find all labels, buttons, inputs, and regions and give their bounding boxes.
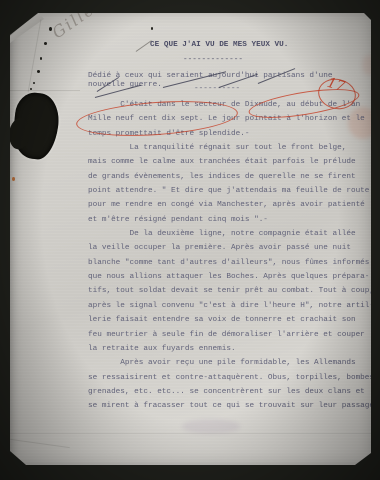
corner-fold-crease — [8, 11, 39, 36]
ink-speck — [151, 27, 153, 30]
corner-fold — [10, 13, 44, 43]
dedication-line-1: Dédié à ceux qui seraient aujourd'hui pa… — [88, 72, 333, 80]
typed-line: et m'être résigné pendant cinq mois ".- — [88, 216, 380, 230]
scan-background: { "document": { "title": "CE QUE J'AI VU… — [0, 0, 380, 480]
typed-line: C'était dans le secteur de Dixmude, au d… — [88, 101, 380, 115]
typed-line: après le signal convenu "c'est à dire l'… — [88, 302, 380, 316]
typed-line: La tranquilité régnait sur tout le front… — [88, 144, 380, 158]
typed-line: feu meurtrier à seule fin de démoraliser… — [88, 331, 380, 345]
paper-hole-tear — [11, 91, 62, 161]
typed-line: pour me rendre en congé via Manchester, … — [88, 201, 380, 215]
title-underline: ------------- — [183, 56, 243, 64]
ink-speck — [40, 57, 42, 60]
faint-smudge — [182, 419, 240, 434]
typed-line: blanche "comme tant d'autres d'ailleurs"… — [88, 259, 380, 273]
typed-line: la veille occuper la première. Après avo… — [88, 244, 380, 258]
typed-line: de grands évènements, les indices de que… — [88, 173, 380, 187]
dedication-underline: ---------- — [194, 85, 240, 93]
red-number-annotation: 17 — [325, 75, 347, 95]
handwritten-name-annotation: Gillet — [49, 0, 106, 42]
typed-line: grenades, etc. etc... se concentrèrent s… — [88, 388, 380, 402]
ink-speck — [44, 42, 47, 45]
typed-line: De la deuxième ligne, notre compagnie ét… — [88, 230, 380, 244]
typed-line: Après avoir reçu une pile formidable, le… — [88, 359, 380, 373]
typed-line: lerie faisait entendre sa voix de tonner… — [88, 316, 380, 330]
typed-line: point attendre. " Et dire que j'attendai… — [88, 187, 380, 201]
dedication-line-2: nouvelle guerre. — [88, 81, 162, 89]
ink-speck — [37, 70, 40, 73]
typed-body: C'était dans le secteur de Dixmude, au d… — [88, 101, 380, 417]
ink-speck — [30, 88, 32, 90]
paper-crease — [10, 433, 371, 434]
scanned-page: Gillet CE QUE J'AI VU DE MES YEUX VU. --… — [10, 13, 371, 465]
typed-line: mais comme le calme aux tranchées était … — [88, 158, 380, 172]
typed-line: la retraite aux fuyards ennemis. — [88, 345, 380, 359]
ink-speck — [33, 82, 35, 84]
red-smudge — [362, 55, 376, 75]
typed-line: se mirent à fracasser tout ce qui se tro… — [88, 402, 380, 416]
paper-crease — [10, 439, 70, 448]
typed-line: se ressaisirent et contre-attaquèrent. O… — [88, 374, 380, 388]
stain-speck — [12, 177, 15, 181]
paper-crease — [10, 90, 80, 91]
typed-line: temps promettait d'être splendide.- — [88, 130, 380, 144]
typed-line: que nous allions attaquer les Boches. Ap… — [88, 273, 380, 287]
typed-line: tifs, tout soldat devait se tenir prêt a… — [88, 287, 380, 301]
document-title: CE QUE J'AI VU DE MES YEUX VU. — [150, 41, 288, 49]
typed-line: Mille neuf cent dix sept. Le jour pointa… — [88, 115, 380, 129]
